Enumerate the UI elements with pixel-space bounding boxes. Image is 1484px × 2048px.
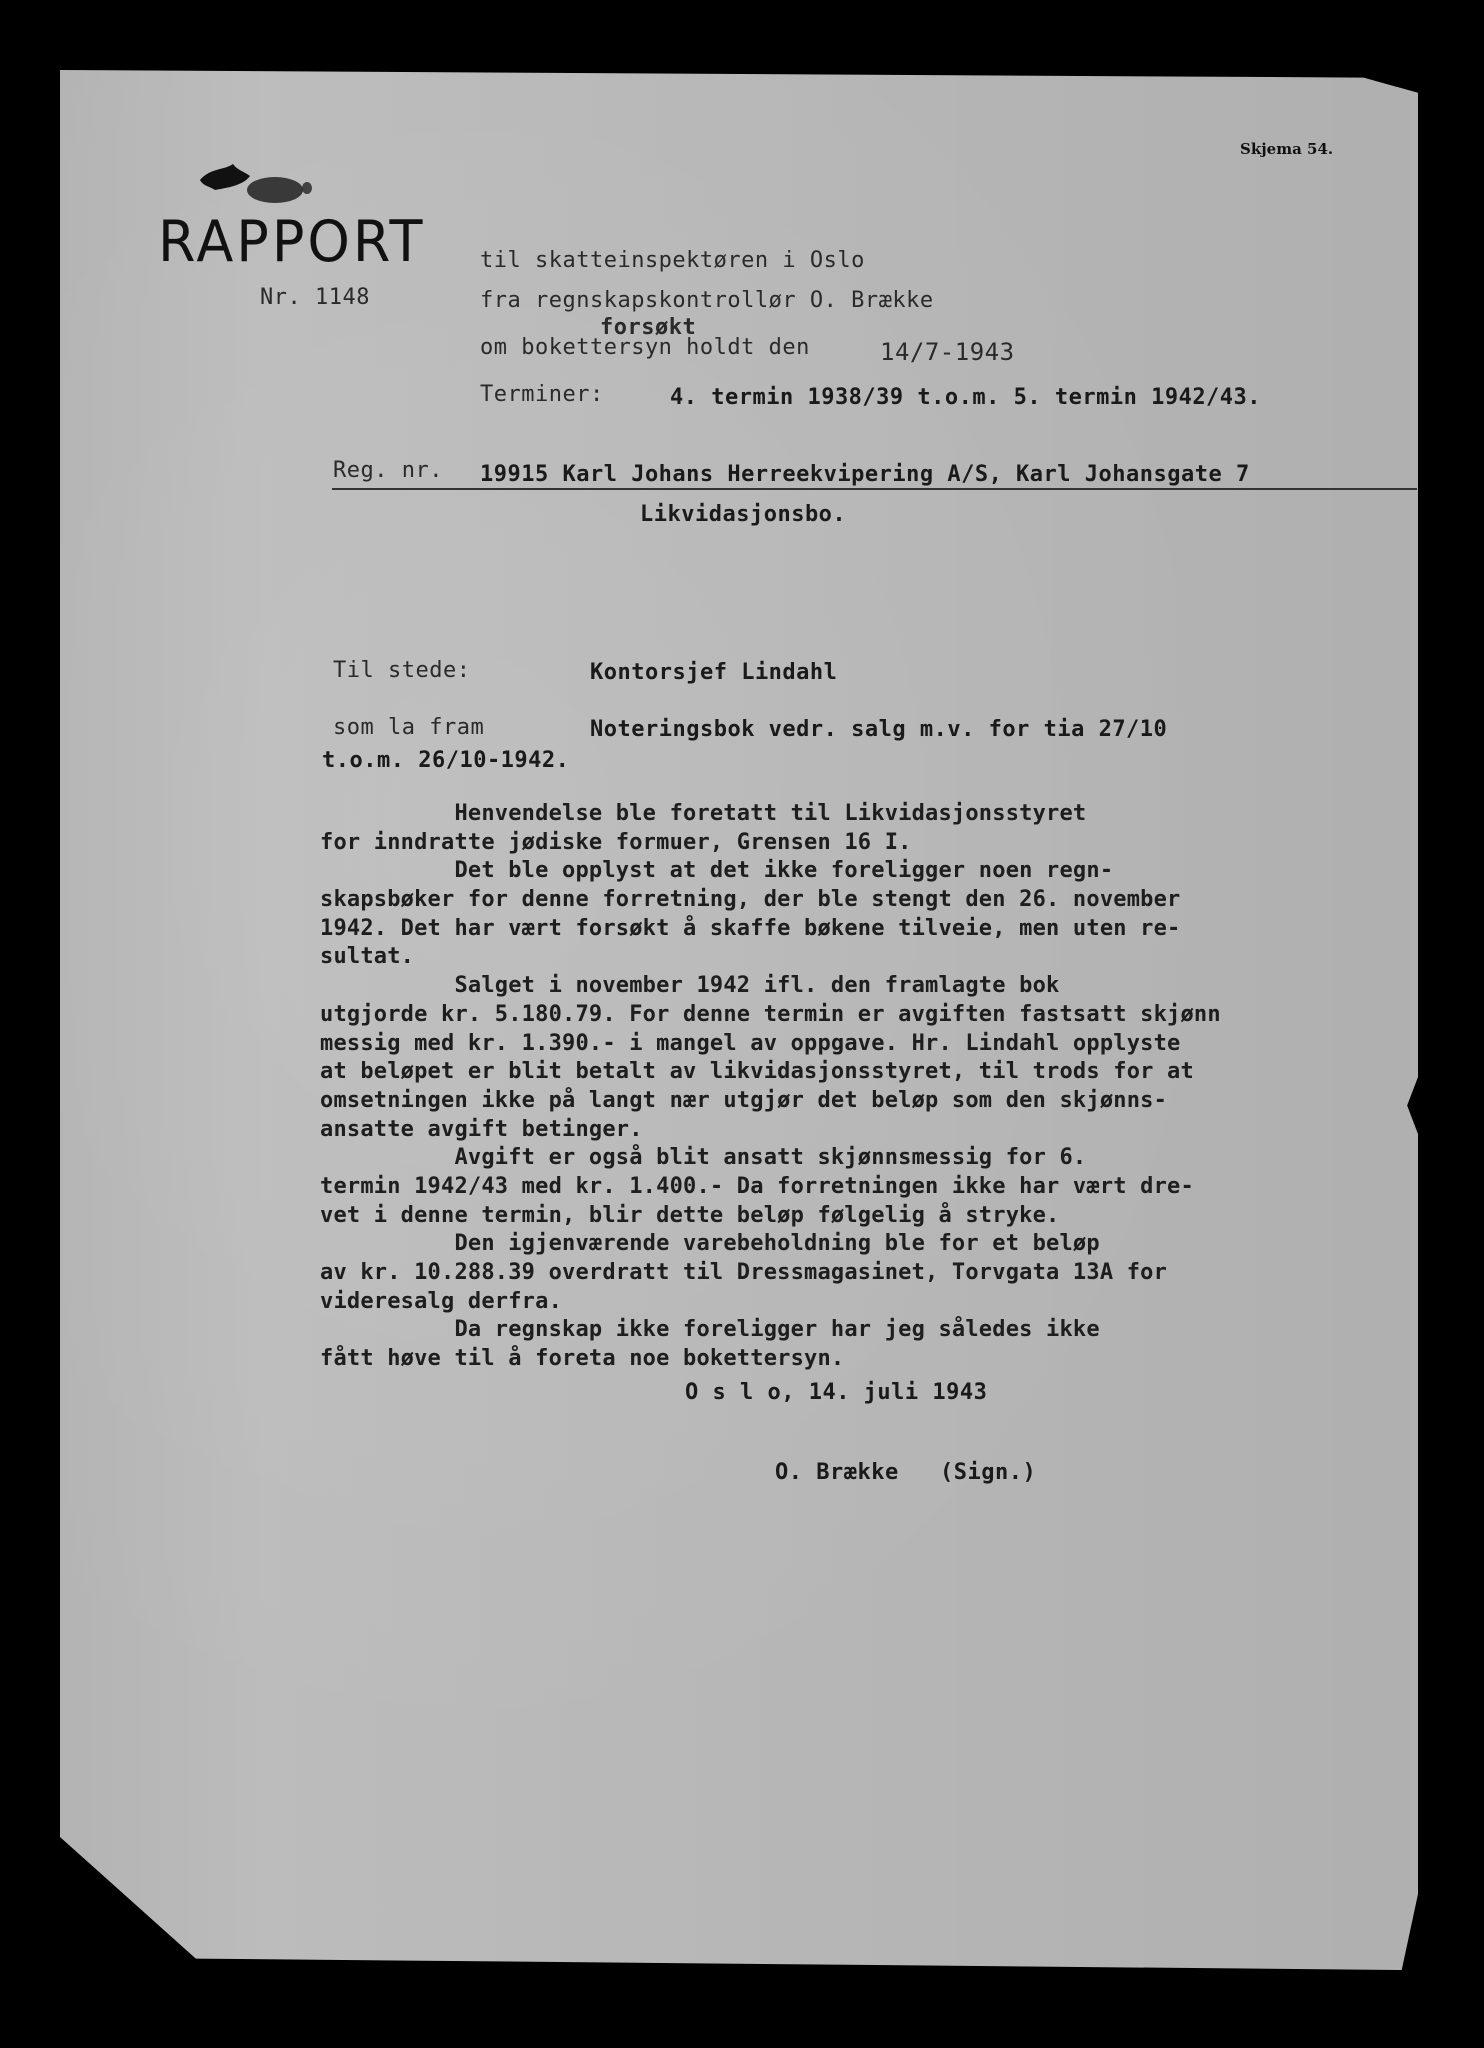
terms-value: 4. termin 1938/39 t.o.m. 5. termin 1942/…: [670, 385, 1261, 410]
body-line: ansatte avgift betinger.: [320, 1116, 1420, 1145]
place-date: O s l o, 14. juli 1943: [685, 1380, 987, 1405]
body-line: omsetningen ikke på langt nær utgjør det…: [320, 1087, 1420, 1116]
body-line: for inndratte jødiske formuer, Grensen 1…: [320, 829, 1420, 858]
body-line: messig med kr. 1.390.- i mangel av oppga…: [320, 1030, 1420, 1059]
signature-name: O. Brække: [775, 1460, 899, 1485]
report-number: Nr. 1148: [260, 285, 370, 310]
presented-continuation: t.o.m. 26/10-1942.: [322, 748, 569, 773]
body-line: Henvendelse ble foretatt til Likvidasjon…: [320, 800, 1420, 829]
sender-line: fra regnskapskontrollør O. Brække: [480, 288, 934, 313]
presented-label: som la fram: [333, 715, 484, 740]
registration-subline: Likvidasjonsbo.: [640, 502, 846, 527]
inspection-date: 14/7-1943: [880, 338, 1015, 366]
report-body: Henvendelse ble foretatt til Likvidasjon…: [320, 800, 1420, 1374]
document-page: Skjema 54. RAPPORT Nr. 1148 til skattein…: [60, 70, 1418, 1970]
registration-value: 19915 Karl Johans Herreekvipering A/S, K…: [480, 462, 1250, 487]
inspection-line: om bokettersyn holdt den: [480, 335, 810, 360]
terms-label: Terminer:: [480, 382, 604, 407]
body-line: Salget i november 1942 ifl. den framlagt…: [320, 972, 1420, 1001]
body-line: skapsbøker for denne forretning, der ble…: [320, 886, 1420, 915]
body-line: Det ble opplyst at det ikke foreligger n…: [320, 857, 1420, 886]
recipient-line: til skatteinspektøren i Oslo: [480, 248, 865, 273]
present-label: Til stede:: [333, 658, 470, 683]
signature-mark: (Sign.): [940, 1460, 1036, 1485]
body-line: Den igjenværende varebeholdning ble for …: [320, 1230, 1420, 1259]
form-id: Skjema 54.: [1240, 140, 1333, 158]
body-line: at beløpet er blit betalt av likvidasjon…: [320, 1058, 1420, 1087]
document-title: RAPPORT: [158, 208, 425, 274]
present-value: Kontorsjef Lindahl: [590, 660, 837, 685]
body-line: fått høve til å foreta noe bokettersyn.: [320, 1345, 1420, 1374]
registration-underline: [332, 488, 1417, 490]
body-line: termin 1942/43 med kr. 1.400.- Da forret…: [320, 1173, 1420, 1202]
body-line: videresalg derfra.: [320, 1288, 1420, 1317]
body-line: vet i denne termin, blir dette beløp føl…: [320, 1202, 1420, 1231]
registration-label: Reg. nr.: [333, 458, 443, 483]
body-line: utgjorde kr. 5.180.79. For denne termin …: [320, 1001, 1420, 1030]
presented-value: Noteringsbok vedr. salg m.v. for tia 27/…: [590, 717, 1167, 742]
body-line: sultat.: [320, 943, 1420, 972]
body-line: av kr. 10.288.39 overdratt til Dressmaga…: [320, 1259, 1420, 1288]
ink-stain-icon: [195, 160, 325, 210]
body-line: 1942. Det har vært forsøkt å skaffe bøke…: [320, 915, 1420, 944]
body-line: Da regnskap ikke foreligger har jeg såle…: [320, 1316, 1420, 1345]
body-line: Avgift er også blit ansatt skjønnsmessig…: [320, 1144, 1420, 1173]
